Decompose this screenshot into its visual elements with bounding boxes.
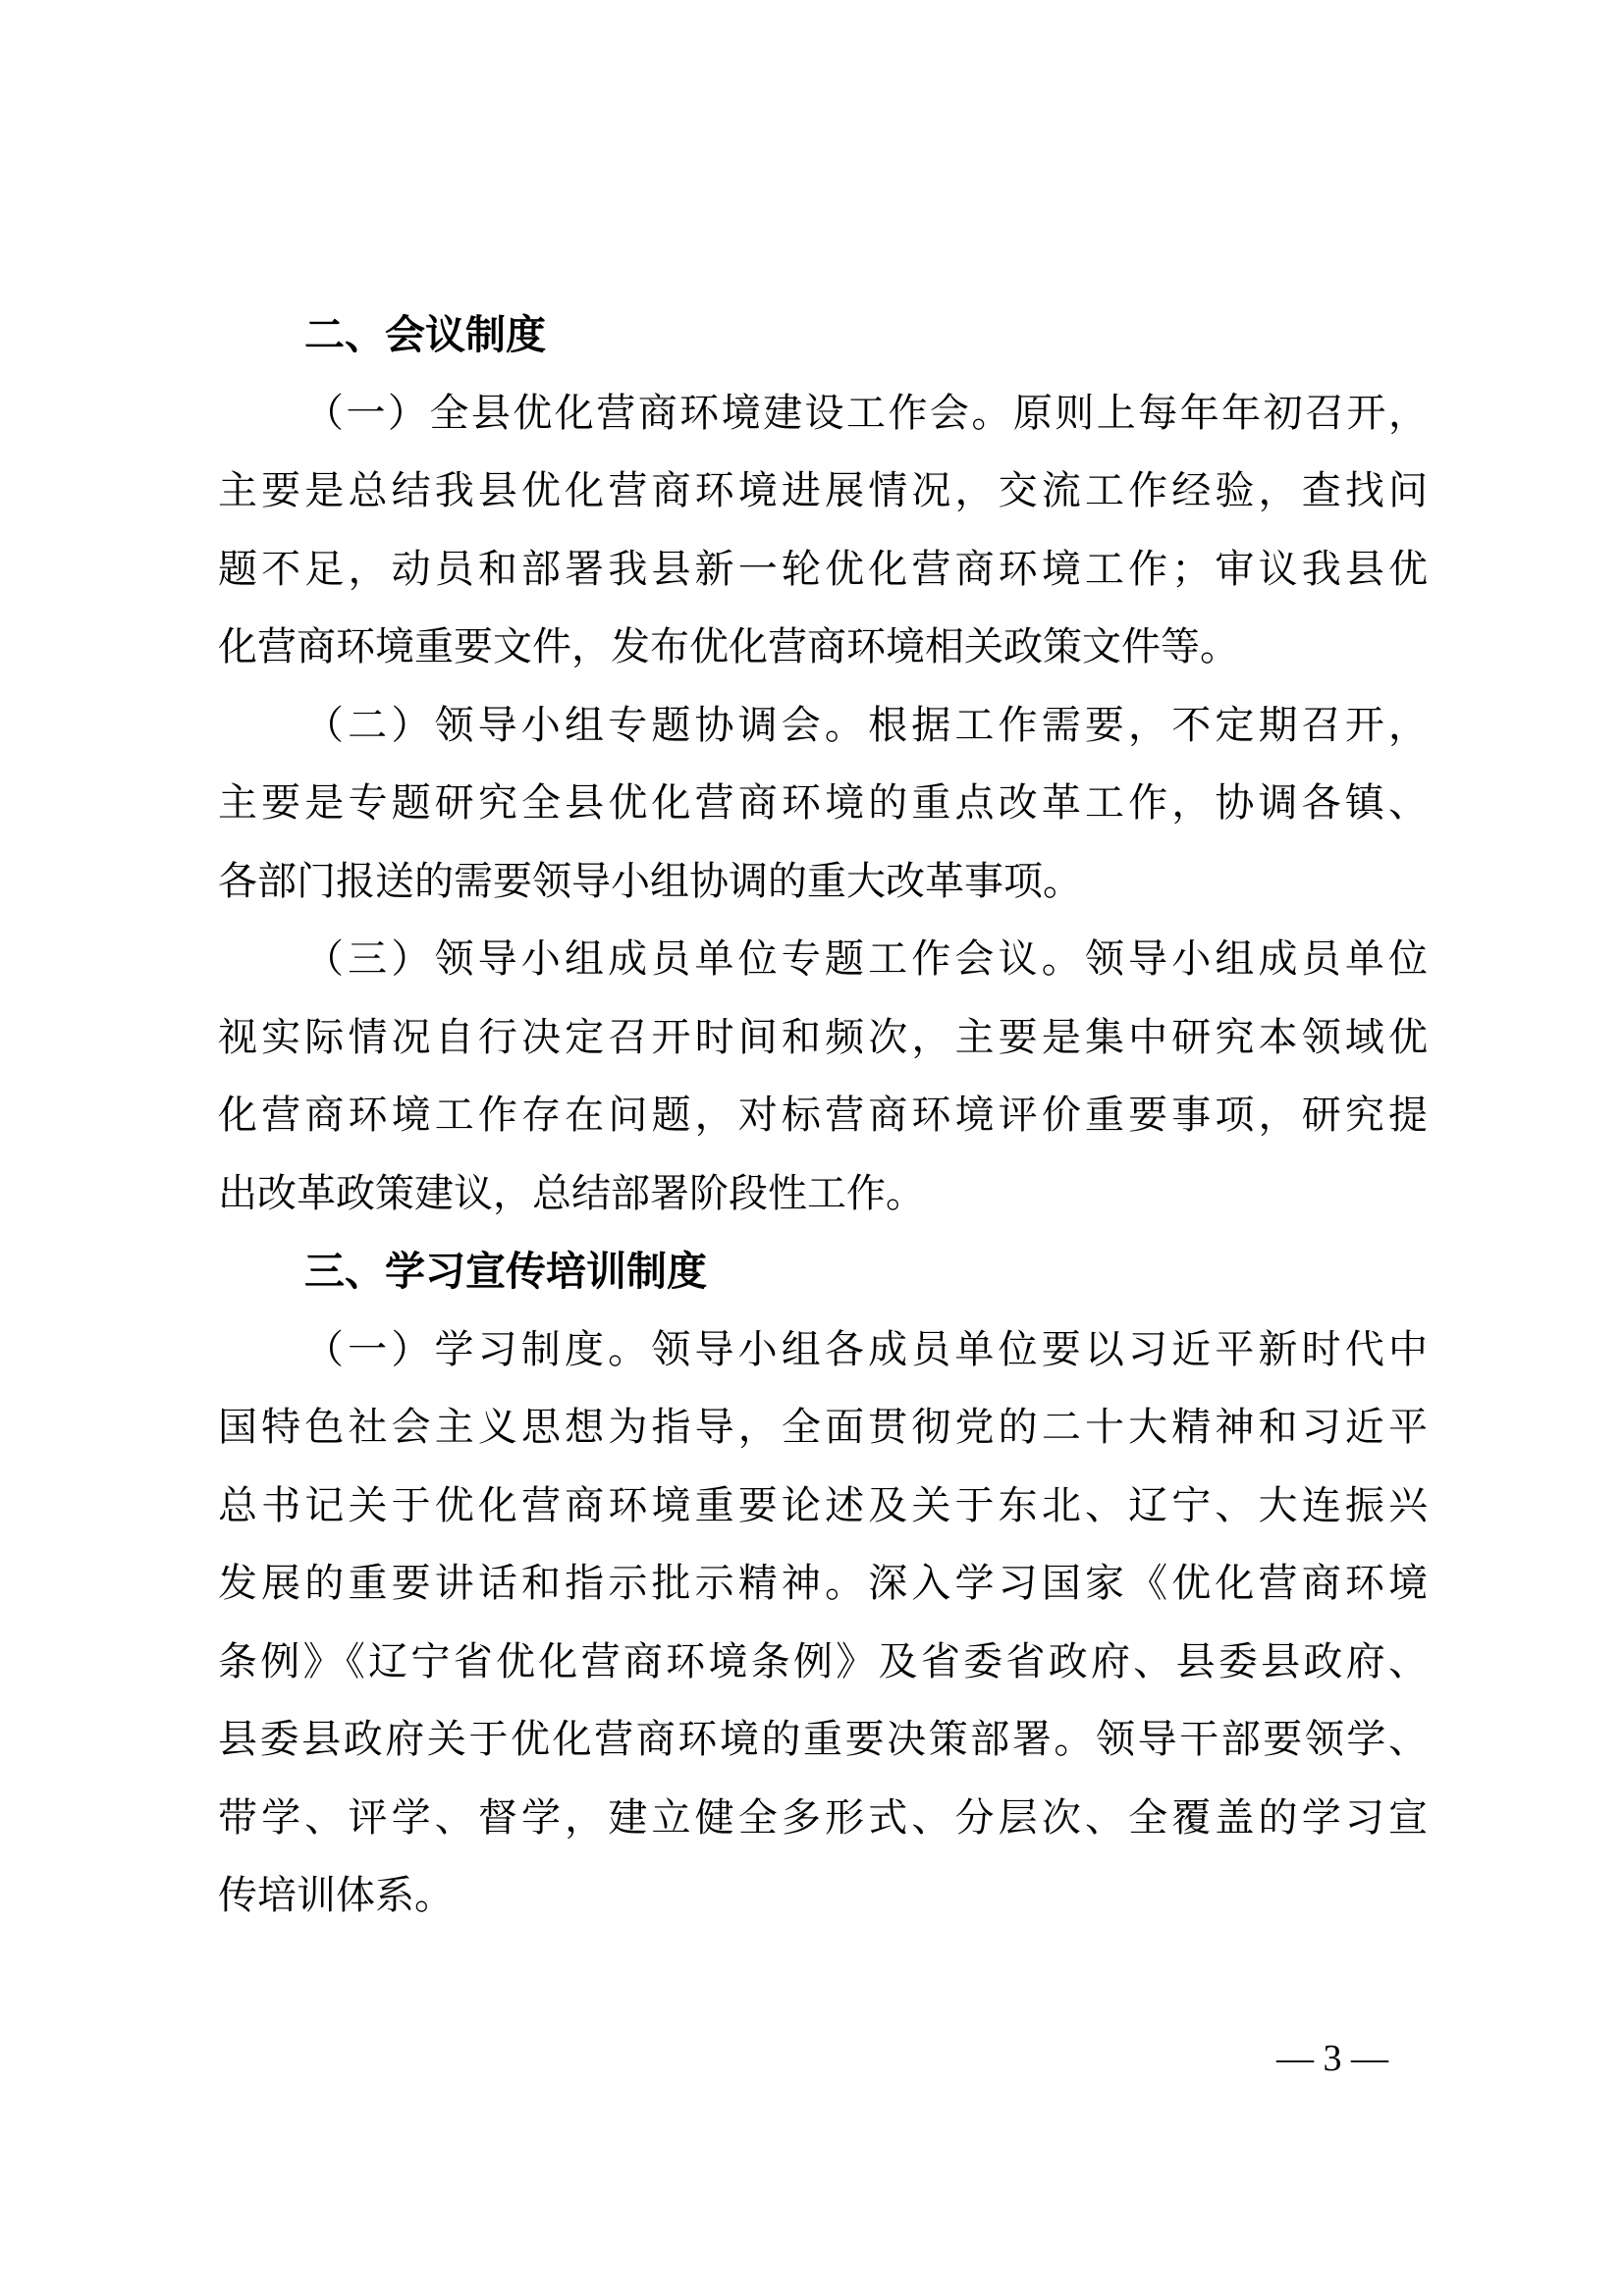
paragraph-county-work-conference: （一）全县优化营商环境建设工作会。原则上每年年初召开， 主要是总结我县优化营商环…	[218, 375, 1428, 687]
page-number: — 3 —	[1276, 2037, 1388, 2080]
text-line: 带学、评学、督学，建立健全多形式、分层次、全覆盖的学习宣	[218, 1780, 1428, 1858]
text-line: （一）全县优化营商环境建设工作会。原则上每年年初召开，	[218, 375, 1428, 454]
text-line: （一）学习制度。领导小组各成员单位要以习近平新时代中	[218, 1311, 1428, 1390]
text-line: （二）领导小组专题协调会。根据工作需要，不定期召开，	[218, 687, 1428, 766]
text-line: 总书记关于优化营商环境重要论述及关于东北、辽宁、大连振兴	[218, 1468, 1428, 1546]
paragraph-member-unit-meetings: （三）领导小组成员单位专题工作会议。领导小组成员单位 视实际情况自行决定召开时间…	[218, 921, 1428, 1233]
paragraph-leading-group-coordination: （二）领导小组专题协调会。根据工作需要，不定期召开， 主要是专题研究全县优化营商…	[218, 687, 1428, 922]
text-line: 国特色社会主义思想为指导，全面贯彻党的二十大精神和习近平	[218, 1389, 1428, 1468]
text-line: 化营商环境重要文件，发布优化营商环境相关政策文件等。	[218, 609, 1428, 687]
paragraph-study-system: （一）学习制度。领导小组各成员单位要以习近平新时代中 国特色社会主义思想为指导，…	[218, 1311, 1428, 1936]
section-heading-meeting-system: 二、会议制度	[218, 296, 1428, 375]
text-line: 县委县政府关于优化营商环境的重要决策部署。领导干部要领学、	[218, 1701, 1428, 1780]
text-line: 主要是专题研究全县优化营商环境的重点改革工作，协调各镇、	[218, 765, 1428, 843]
text-line: 题不足，动员和部署我县新一轮优化营商环境工作；审议我县优	[218, 531, 1428, 610]
text-line: 视实际情况自行决定召开时间和频次，主要是集中研究本领域优	[218, 999, 1428, 1078]
text-line: （三）领导小组成员单位专题工作会议。领导小组成员单位	[218, 921, 1428, 999]
document-body: 二、会议制度 （一）全县优化营商环境建设工作会。原则上每年年初召开， 主要是总结…	[218, 296, 1428, 1936]
text-line: 化营商环境工作存在问题，对标营商环境评价重要事项，研究提	[218, 1077, 1428, 1155]
text-line: 发展的重要讲话和指示批示精神。深入学习国家《优化营商环境	[218, 1545, 1428, 1624]
text-line: 主要是总结我县优化营商环境进展情况，交流工作经验，查找问	[218, 453, 1428, 531]
text-line: 传培训体系。	[218, 1857, 1428, 1936]
text-line: 出改革政策建议，总结部署阶段性工作。	[218, 1155, 1428, 1234]
text-line: 各部门报送的需要领导小组协调的重大改革事项。	[218, 843, 1428, 922]
section-heading-training-system: 三、学习宣传培训制度	[218, 1233, 1428, 1311]
text-line: 条例》《辽宁省优化营商环境条例》及省委省政府、县委县政府、	[218, 1624, 1428, 1702]
